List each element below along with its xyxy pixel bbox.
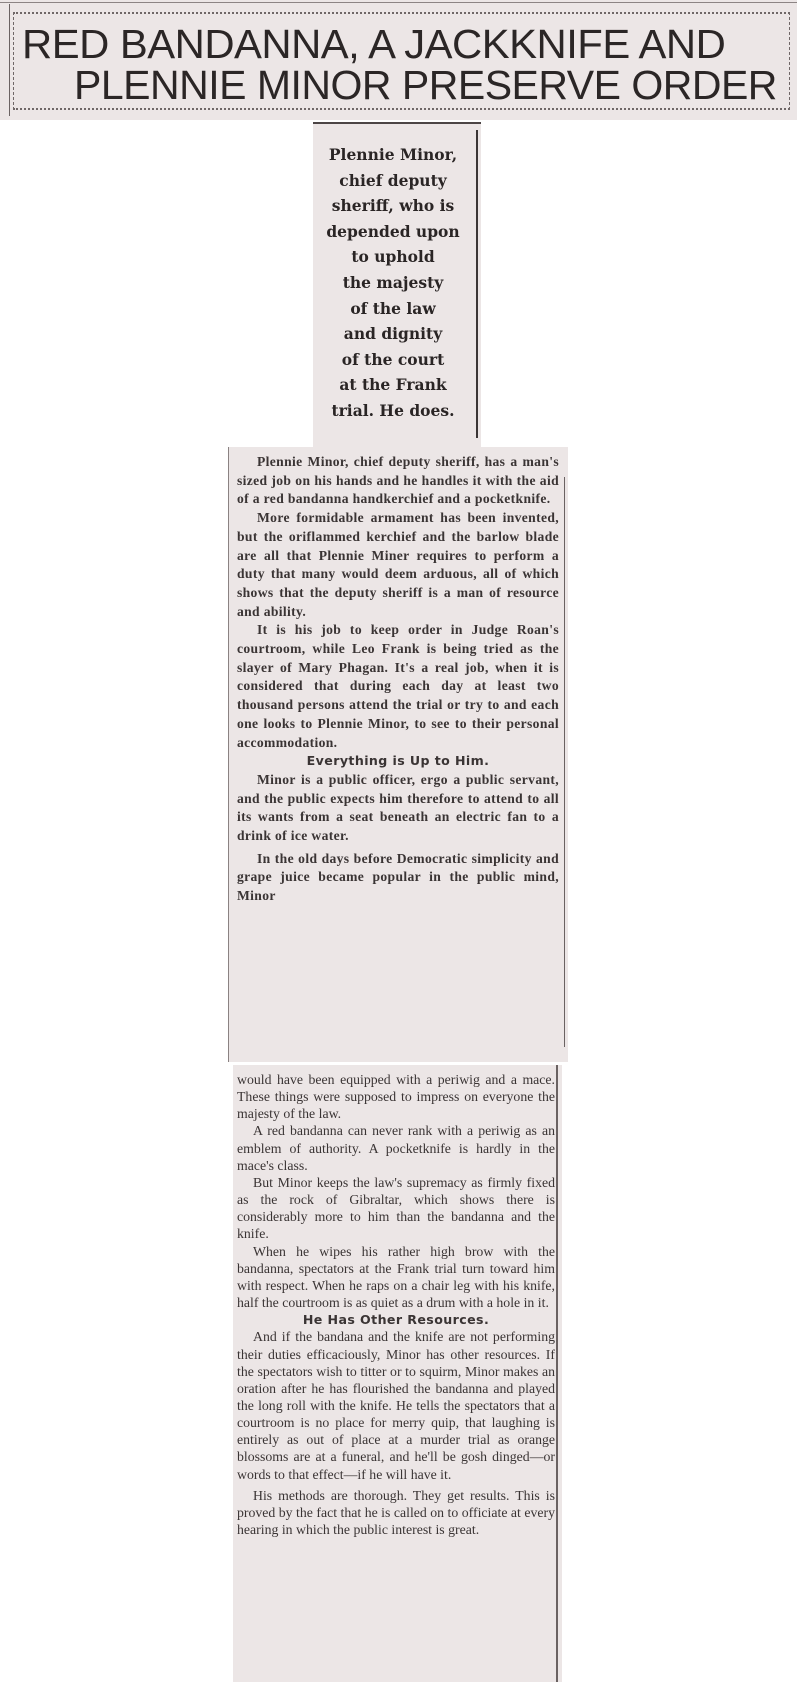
paragraph: When he wipes his rather high brow with …	[237, 1243, 555, 1312]
caption-line: trial. He does.	[317, 398, 469, 424]
article-body: would have been equipped with a periwig …	[237, 1071, 555, 1538]
paragraph: It is his job to keep order in Judge Roa…	[237, 621, 559, 752]
caption-line: Plennie Minor,	[317, 142, 469, 168]
subheading: Everything is Up to Him.	[237, 752, 559, 771]
paragraph: would have been equipped with a periwig …	[237, 1071, 555, 1122]
paragraph: Plennie Minor, chief deputy sheriff, has…	[237, 453, 559, 509]
headline-box: RED BANDANNA, A JACKKNIFE AND PLENNIE MI…	[13, 12, 790, 110]
paragraph: And if the bandana and the knife are not…	[237, 1328, 555, 1482]
column-rule	[556, 1065, 558, 1682]
paragraph: Minor is a public officer, ergo a public…	[237, 771, 559, 846]
caption-line: and dignity	[317, 321, 469, 347]
headline-line-2: PLENNIE MINOR PRESERVE ORDER	[74, 62, 777, 109]
caption-line: at the Frank	[317, 372, 469, 398]
photo-caption: Plennie Minor, chief deputy sheriff, who…	[317, 142, 469, 424]
paragraph: In the old days before Democratic simpli…	[237, 850, 559, 906]
headline-line-1: RED BANDANNA, A JACKKNIFE AND	[22, 21, 725, 68]
caption-line: of the law	[317, 296, 469, 322]
article-body: Plennie Minor, chief deputy sheriff, has…	[237, 453, 559, 906]
article-column-1: Plennie Minor, chief deputy sheriff, has…	[228, 447, 568, 1062]
caption-line: chief deputy	[317, 168, 469, 194]
paragraph: A red bandanna can never rank with a per…	[237, 1122, 555, 1173]
paragraph: More formidable armament has been invent…	[237, 509, 559, 621]
caption-line: to uphold	[317, 244, 469, 270]
column-rule	[564, 477, 565, 1047]
caption-line: sheriff, who is	[317, 193, 469, 219]
column-rule	[9, 4, 10, 116]
paragraph: But Minor keeps the law's supremacy as f…	[237, 1174, 555, 1243]
paragraph: His methods are thorough. They get resul…	[237, 1487, 555, 1538]
article-column-2: would have been equipped with a periwig …	[233, 1065, 562, 1682]
column-rule	[476, 130, 478, 438]
caption-line: of the court	[317, 347, 469, 373]
column-rule	[0, 2, 797, 3]
caption-line: the majesty	[317, 270, 469, 296]
caption-clipping: Plennie Minor, chief deputy sheriff, who…	[313, 122, 481, 447]
caption-line: depended upon	[317, 219, 469, 245]
headline-clipping: RED BANDANNA, A JACKKNIFE AND PLENNIE MI…	[0, 0, 797, 120]
subheading: He Has Other Resources.	[237, 1311, 555, 1328]
